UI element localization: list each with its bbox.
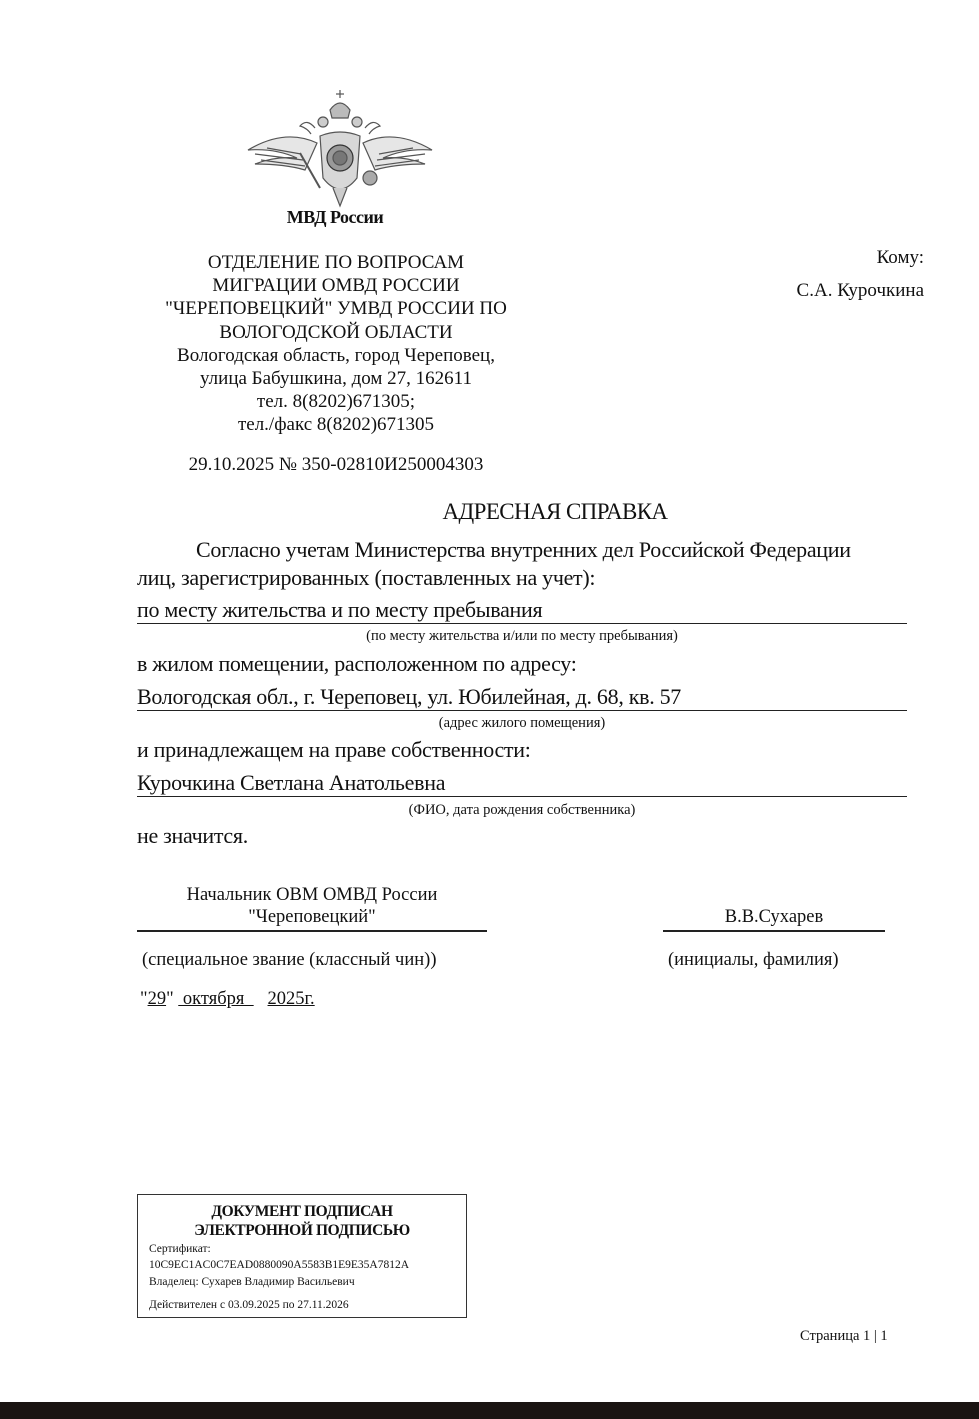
bottom-bar [0,1402,979,1419]
name-hint: (инициалы, фамилия) [668,950,839,971]
address-hint: (адрес жилого помещения) [137,715,907,732]
signatory-position: Начальник ОВМ ОМВД России "Череповецкий" [137,884,487,932]
stamp-title-line-1: ДОКУМЕНТ ПОДПИСАН [138,1202,466,1221]
address-intro: в жилом помещении, расположенном по адре… [137,651,577,677]
intro-line-2: лиц, зарегистрированных (поставленных на… [137,565,595,591]
stamp-title-line-2: ЭЛЕКТРОННОЙ ПОДПИСЬЮ [138,1221,466,1240]
signatory-name: В.В.Сухарев [663,907,885,932]
quote: " [140,989,148,1009]
org-line: ВОЛОГОДСКОЙ ОБЛАСТИ [140,321,532,344]
org-line: МИГРАЦИИ ОМВД РОССИИ [140,274,532,297]
org-line: ОТДЕЛЕНИЕ ПО ВОПРОСАМ [140,251,532,274]
mvd-emblem-icon [245,88,435,208]
intro-line-1: Согласно учетам Министерства внутренних … [196,537,851,563]
owner-intro: и принадлежащем на праве собственности: [137,737,531,763]
position-hint: (специальное звание (классный чин)) [142,950,436,971]
certificate-number: 10C9EC1AC0C7EAD0880090A5583B1E9E35A7812A [149,1259,409,1271]
registration-type-hint: (по месту жительства и/или по месту преб… [137,628,907,645]
agency-name: МВД России [260,207,410,228]
signature-date: "29" октября 2025г. [140,989,315,1010]
recipient-name: С.А. Курочкина [760,280,924,302]
document-number: 29.10.2025 № 350-02810И250004303 [140,454,532,476]
page-indicator: Страница 1 | 1 [800,1328,888,1345]
owner-field: Курочкина Светлана Анатольевна [137,770,907,797]
org-fax: тел./факс 8(8202)671305 [140,413,532,436]
quote: " [166,989,174,1009]
certificate-validity: Действителен с 03.09.2025 по 27.11.2026 [149,1299,349,1311]
org-address-line: Вологодская область, город Череповец, [140,344,532,367]
owner-hint: (ФИО, дата рождения собственника) [137,802,907,819]
org-line: "ЧЕРЕПОВЕЦКИЙ" УМВД РОССИИ ПО [140,297,532,320]
date-day: 29 [148,989,167,1009]
date-year: 2025г. [268,989,315,1009]
position-line-1: Начальник ОВМ ОМВД России [137,884,487,906]
org-address-line: улица Бабушкина, дом 27, 162611 [140,367,532,390]
organization-block: ОТДЕЛЕНИЕ ПО ВОПРОСАМ МИГРАЦИИ ОМВД РОСС… [140,251,532,437]
document-title: АДРЕСНАЯ СПРАВКА [300,499,810,525]
certificate-label: Сертификат: [149,1243,211,1255]
recipient-label: Кому: [780,247,924,269]
position-line-2: "Череповецкий" [137,906,487,928]
registration-type-field: по месту жительства и по месту пребывани… [137,597,907,624]
result-text: не значится. [137,823,248,849]
electronic-signature-stamp: ДОКУМЕНТ ПОДПИСАН ЭЛЕКТРОННОЙ ПОДПИСЬЮ С… [137,1194,467,1318]
stamp-title: ДОКУМЕНТ ПОДПИСАН ЭЛЕКТРОННОЙ ПОДПИСЬЮ [138,1202,466,1240]
date-month: октября [178,989,253,1009]
address-field: Вологодская обл., г. Череповец, ул. Юбил… [137,684,907,711]
certificate-owner: Владелец: Сухарев Владимир Васильевич [149,1276,355,1288]
org-phone: тел. 8(8202)671305; [140,390,532,413]
